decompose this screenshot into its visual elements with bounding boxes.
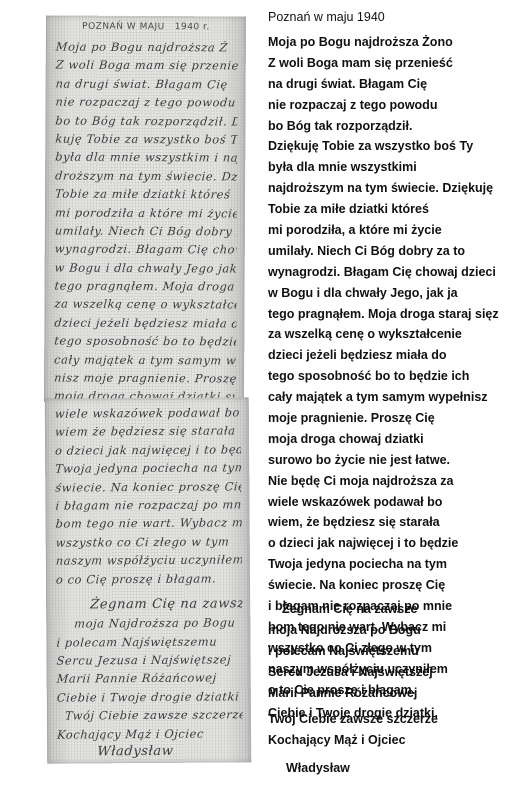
- handwriting-line: świecie. Na koniec proszę Cię: [55, 477, 242, 497]
- place-date-heading: Poznań w maju 1940: [268, 9, 385, 25]
- handwriting-line: wiele wskazówek podawał bo: [54, 403, 241, 423]
- handwriting-line: Twoja jedyna pociecha na tym: [55, 459, 242, 479]
- handwriting-line: wiem że będziesz się starała: [54, 422, 241, 442]
- handwriting-line: bom tego nie wart. Wybacz mi: [55, 514, 242, 534]
- handwriting-line: za wszelką cenę o wykształcenie: [54, 295, 237, 314]
- handwriting-line: wynagrodzi. Błagam Cię chowaj dzie: [54, 240, 237, 259]
- handwriting-line: dzieci jeżeli będziesz miała do: [54, 313, 237, 332]
- handwriting-line: mi porodziła a które mi życie: [54, 203, 237, 222]
- handwriting-line: Twój Ciebie zawsze szczerze: [56, 706, 243, 726]
- handwriting-line: bo to Bóg tak rozporządził. Dzię: [55, 111, 238, 130]
- transcript-line: umilały. Niech Ci Bóg dobry za to: [268, 241, 499, 262]
- transcript-line: Twoja jedyna pociecha na tym: [268, 554, 499, 575]
- transcript-line: wiele wskazówek podawał bo: [268, 492, 499, 513]
- handwriting-line: tego sposobność bo to będzie ich: [54, 332, 237, 351]
- transcript-line: moja Najdroższa po Bogu: [268, 620, 438, 641]
- handwriting-top: Moja po Bogu najdroższa Ż Z woli Boga ma…: [44, 35, 246, 402]
- handwriting-line: i polecam Najświętszemu: [56, 632, 243, 652]
- signature: Władysław: [286, 759, 350, 777]
- handwritten-letter-photo: POZNAŃ W MAJU 1940 r. Moja po Bogu najdr…: [0, 0, 260, 800]
- transcript-line: Nie będę Ci moja najdroższa za: [268, 471, 499, 492]
- transcript-line: tego sposobność bo to będzie ich: [268, 366, 499, 387]
- handwriting-line: umilały. Niech Ci Bóg dobry za to: [54, 221, 237, 240]
- handwriting-line: na drugi świat. Błagam Cię: [55, 74, 238, 93]
- handwriting-line: była dla mnie wszystkim i naj: [55, 148, 238, 167]
- cloth-header-year: 1940 r.: [175, 22, 210, 36]
- transcript-line: Marii Pannie Różańcowej: [268, 683, 438, 704]
- handwriting-line: moja Najdroższa po Bogu: [56, 614, 243, 634]
- handwriting-signature: Władysław: [57, 742, 244, 762]
- transcript-line: była dla mnie wszystkimi: [268, 157, 499, 178]
- cloth-header-place: POZNAŃ W MAJU: [82, 22, 165, 36]
- transcript-line: nie rozpaczaj z tego powodu: [268, 95, 499, 116]
- transcript-line: Żegnam Cię na zawsze: [268, 599, 438, 620]
- transcript-line: Moja po Bogu najdroższa Żono: [268, 32, 499, 53]
- handwriting-line: o co Cię proszę i błagam.: [55, 569, 242, 589]
- handwriting-line: wszystko co Ci złego w tym: [55, 532, 242, 552]
- transcript-line: moje pragnienie. Proszę Cię: [268, 408, 499, 429]
- handwriting-line: Tobie za miłe dziatki któreś: [54, 185, 237, 204]
- handwriting-line: i błagam nie rozpaczaj po mnie: [55, 495, 242, 515]
- handwriting-line: Moja po Bogu najdroższa Ż: [55, 38, 238, 57]
- handwriting-line: o dzieci jak najwięcej i to będzie: [55, 440, 242, 460]
- transcript-line: najdroższym na tym świecie. Dziękuję: [268, 178, 499, 199]
- handwriting-line: kuję Tobie za wszystko boś Ty: [55, 129, 238, 148]
- cloth-header: POZNAŃ W MAJU 1940 r.: [46, 15, 246, 36]
- transcript-line: Twój Ciebie zawsze szczerze: [268, 709, 438, 730]
- transcript-line: Tobie za miłe dziatki któreś: [268, 199, 499, 220]
- transcript-line: Dziękuję Tobie za wszystko boś Ty: [268, 136, 499, 157]
- cloth-piece-bottom: wiele wskazówek podawał bo wiem że będzi…: [45, 397, 252, 763]
- transcript-line: tego pragnąłem. Moja droga staraj sięz: [268, 304, 499, 325]
- transcript-line: i polecam Najświętszemu: [268, 641, 438, 662]
- handwriting-line: Sercu Jezusa i Najświętszej: [56, 650, 243, 670]
- handwriting-line: Żegnam Cię na zawsze: [56, 595, 243, 615]
- transcript-line: Sercu Jezusa i Najświętszej: [268, 662, 438, 683]
- handwriting-line: nisz moje pragnienie. Proszę Cię: [53, 369, 236, 388]
- transcript-line: na drugi świat. Błagam Cię: [268, 74, 499, 95]
- transcript-line: za wszelką cenę o wykształcenie: [268, 324, 499, 345]
- handwriting-line: droższym na tym świecie. Dzięku: [54, 166, 237, 185]
- handwriting-line: tego pragnąłem. Moja droga staraj się: [54, 277, 237, 296]
- handwriting-line: Kochający Mąż i Ojciec: [56, 724, 243, 744]
- transcript-line: Kochający Mąż i Ojciec: [268, 730, 438, 751]
- transcript-line: dzieci jeżeli będziesz miała do: [268, 345, 499, 366]
- handwriting-line: Marii Pannie Różańcowej: [56, 669, 243, 689]
- transcript-closing: Twój Ciebie zawsze szczerze Kochający Mą…: [268, 709, 438, 751]
- handwriting-bottom: wiele wskazówek podawał bo wiem że będzi…: [45, 397, 252, 762]
- transcript-line: świecie. Na koniec proszę Cię: [268, 575, 499, 596]
- transcript-line: bo Bóg tak rozporządził.: [268, 116, 499, 137]
- transcript-line: o dzieci jak najwięcej i to będzie: [268, 533, 499, 554]
- cloth-piece-top: POZNAŃ W MAJU 1940 r. Moja po Bogu najdr…: [44, 15, 246, 402]
- transcript-line: moja droga chowaj dziatki: [268, 429, 499, 450]
- transcript-line: wiem, że będziesz się starała: [268, 512, 499, 533]
- transcript-line: w Bogu i dla chwały Jego, jak ja: [268, 283, 499, 304]
- transcript-line: cały majątek a tym samym wypełnisz: [268, 387, 499, 408]
- transcript-line: mi porodziła, a które mi życie: [268, 220, 499, 241]
- handwriting-line: Ciebie i Twoje drogie dziatki: [56, 687, 243, 707]
- handwriting-line: cały majątek a tym samym wypeł: [54, 350, 237, 369]
- handwriting-line: Z woli Boga mam się przenieść: [55, 56, 238, 75]
- transcript-line: surowo bo życie nie jest łatwe.: [268, 450, 499, 471]
- handwriting-line: w Bogu i dla chwały Jego jak ja: [54, 258, 237, 277]
- handwriting-line: naszym współżyciu uczyniłem: [55, 550, 242, 570]
- transcript-line: wynagrodzi. Błagam Cię chowaj dzieci: [268, 262, 499, 283]
- transcript-line: Z woli Boga mam się przenieść: [268, 53, 499, 74]
- transcript-paragraph-2: Żegnam Cię na zawsze moja Najdroższa po …: [268, 599, 438, 724]
- handwriting-line: nie rozpaczaj z tego powodu: [55, 93, 238, 112]
